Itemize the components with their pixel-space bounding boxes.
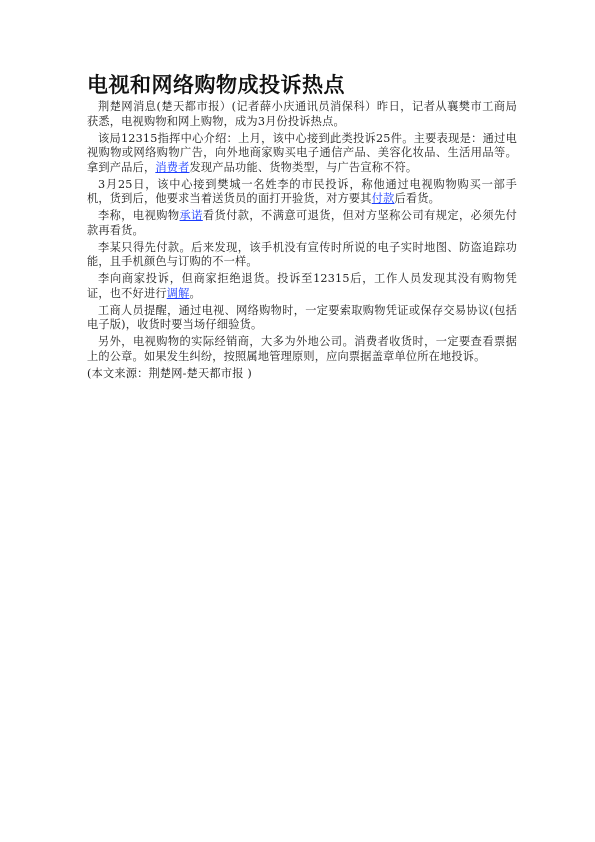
paragraph-text: 3月25日，该中心接到樊城一名姓李的市民投诉，称他通过电视购物购买一部手机，货到…: [87, 178, 517, 206]
article-paragraph: 李某只得先付款。后来发现，该手机没有宣传时所说的电子实时地图、防盗追踪功能，且手…: [87, 241, 517, 270]
inline-link[interactable]: 调解: [167, 287, 190, 300]
paragraph-text: 李向商家投诉，但商家拒绝退货。投诉至12315后，工作人员发现其没有购物凭证，也…: [87, 272, 517, 300]
inline-link[interactable]: 承诺: [180, 209, 203, 222]
inline-link[interactable]: 付款: [372, 192, 395, 205]
paragraph-text: 后看货。: [394, 192, 440, 205]
article-paragraph: 另外，电视购物的实际经销商，大多为外地公司。消费者收货时，一定要查看票据上的公章…: [87, 335, 517, 364]
article-body: 荆楚网消息(楚天都市报）(记者薛小庆通讯员消保科）昨日，记者从襄樊市工商局获悉，…: [87, 100, 517, 364]
paragraph-text: 荆楚网消息(楚天都市报）(记者薛小庆通讯员消保科）昨日，记者从襄樊市工商局获悉，…: [87, 100, 517, 128]
article-paragraph: 李向商家投诉，但商家拒绝退货。投诉至12315后，工作人员发现其没有购物凭证，也…: [87, 272, 517, 301]
paragraph-text: 另外，电视购物的实际经销商，大多为外地公司。消费者收货时，一定要查看票据上的公章…: [87, 335, 517, 363]
paragraph-text: 发现产品功能、货物类型，与广告宣称不符。: [190, 161, 418, 174]
article-paragraph: 荆楚网消息(楚天都市报）(记者薛小庆通讯员消保科）昨日，记者从襄樊市工商局获悉，…: [87, 100, 517, 129]
paragraph-text: 。: [190, 287, 201, 300]
paragraph-text: 李称，电视购物: [98, 209, 180, 222]
article-paragraph: 工商人员提醒，通过电视、网络购物时，一定要索取购物凭证或保存交易协议(包括电子版…: [87, 304, 517, 333]
inline-link[interactable]: 消费者: [155, 161, 189, 174]
paragraph-text: 李某只得先付款。后来发现，该手机没有宣传时所说的电子实时地图、防盗追踪功能，且手…: [87, 241, 517, 269]
article-paragraph: 3月25日，该中心接到樊城一名姓李的市民投诉，称他通过电视购物购买一部手机，货到…: [87, 178, 517, 207]
article-paragraph: 该局12315指挥中心介绍：上月，该中心接到此类投诉25件。主要表现是：通过电视…: [87, 132, 517, 176]
document-page: 电视和网络购物成投诉热点 荆楚网消息(楚天都市报）(记者薛小庆通讯员消保科）昨日…: [87, 72, 517, 384]
article-title: 电视和网络购物成投诉热点: [87, 72, 517, 99]
article-paragraph: 李称，电视购物承诺看货付款，不满意可退货，但对方坚称公司有规定，必须先付款再看货…: [87, 209, 517, 238]
paragraph-text: 工商人员提醒，通过电视、网络购物时，一定要索取购物凭证或保存交易协议(包括电子版…: [87, 304, 517, 332]
article-source: (本文来源：荆楚网-楚天都市报 ): [87, 367, 517, 382]
